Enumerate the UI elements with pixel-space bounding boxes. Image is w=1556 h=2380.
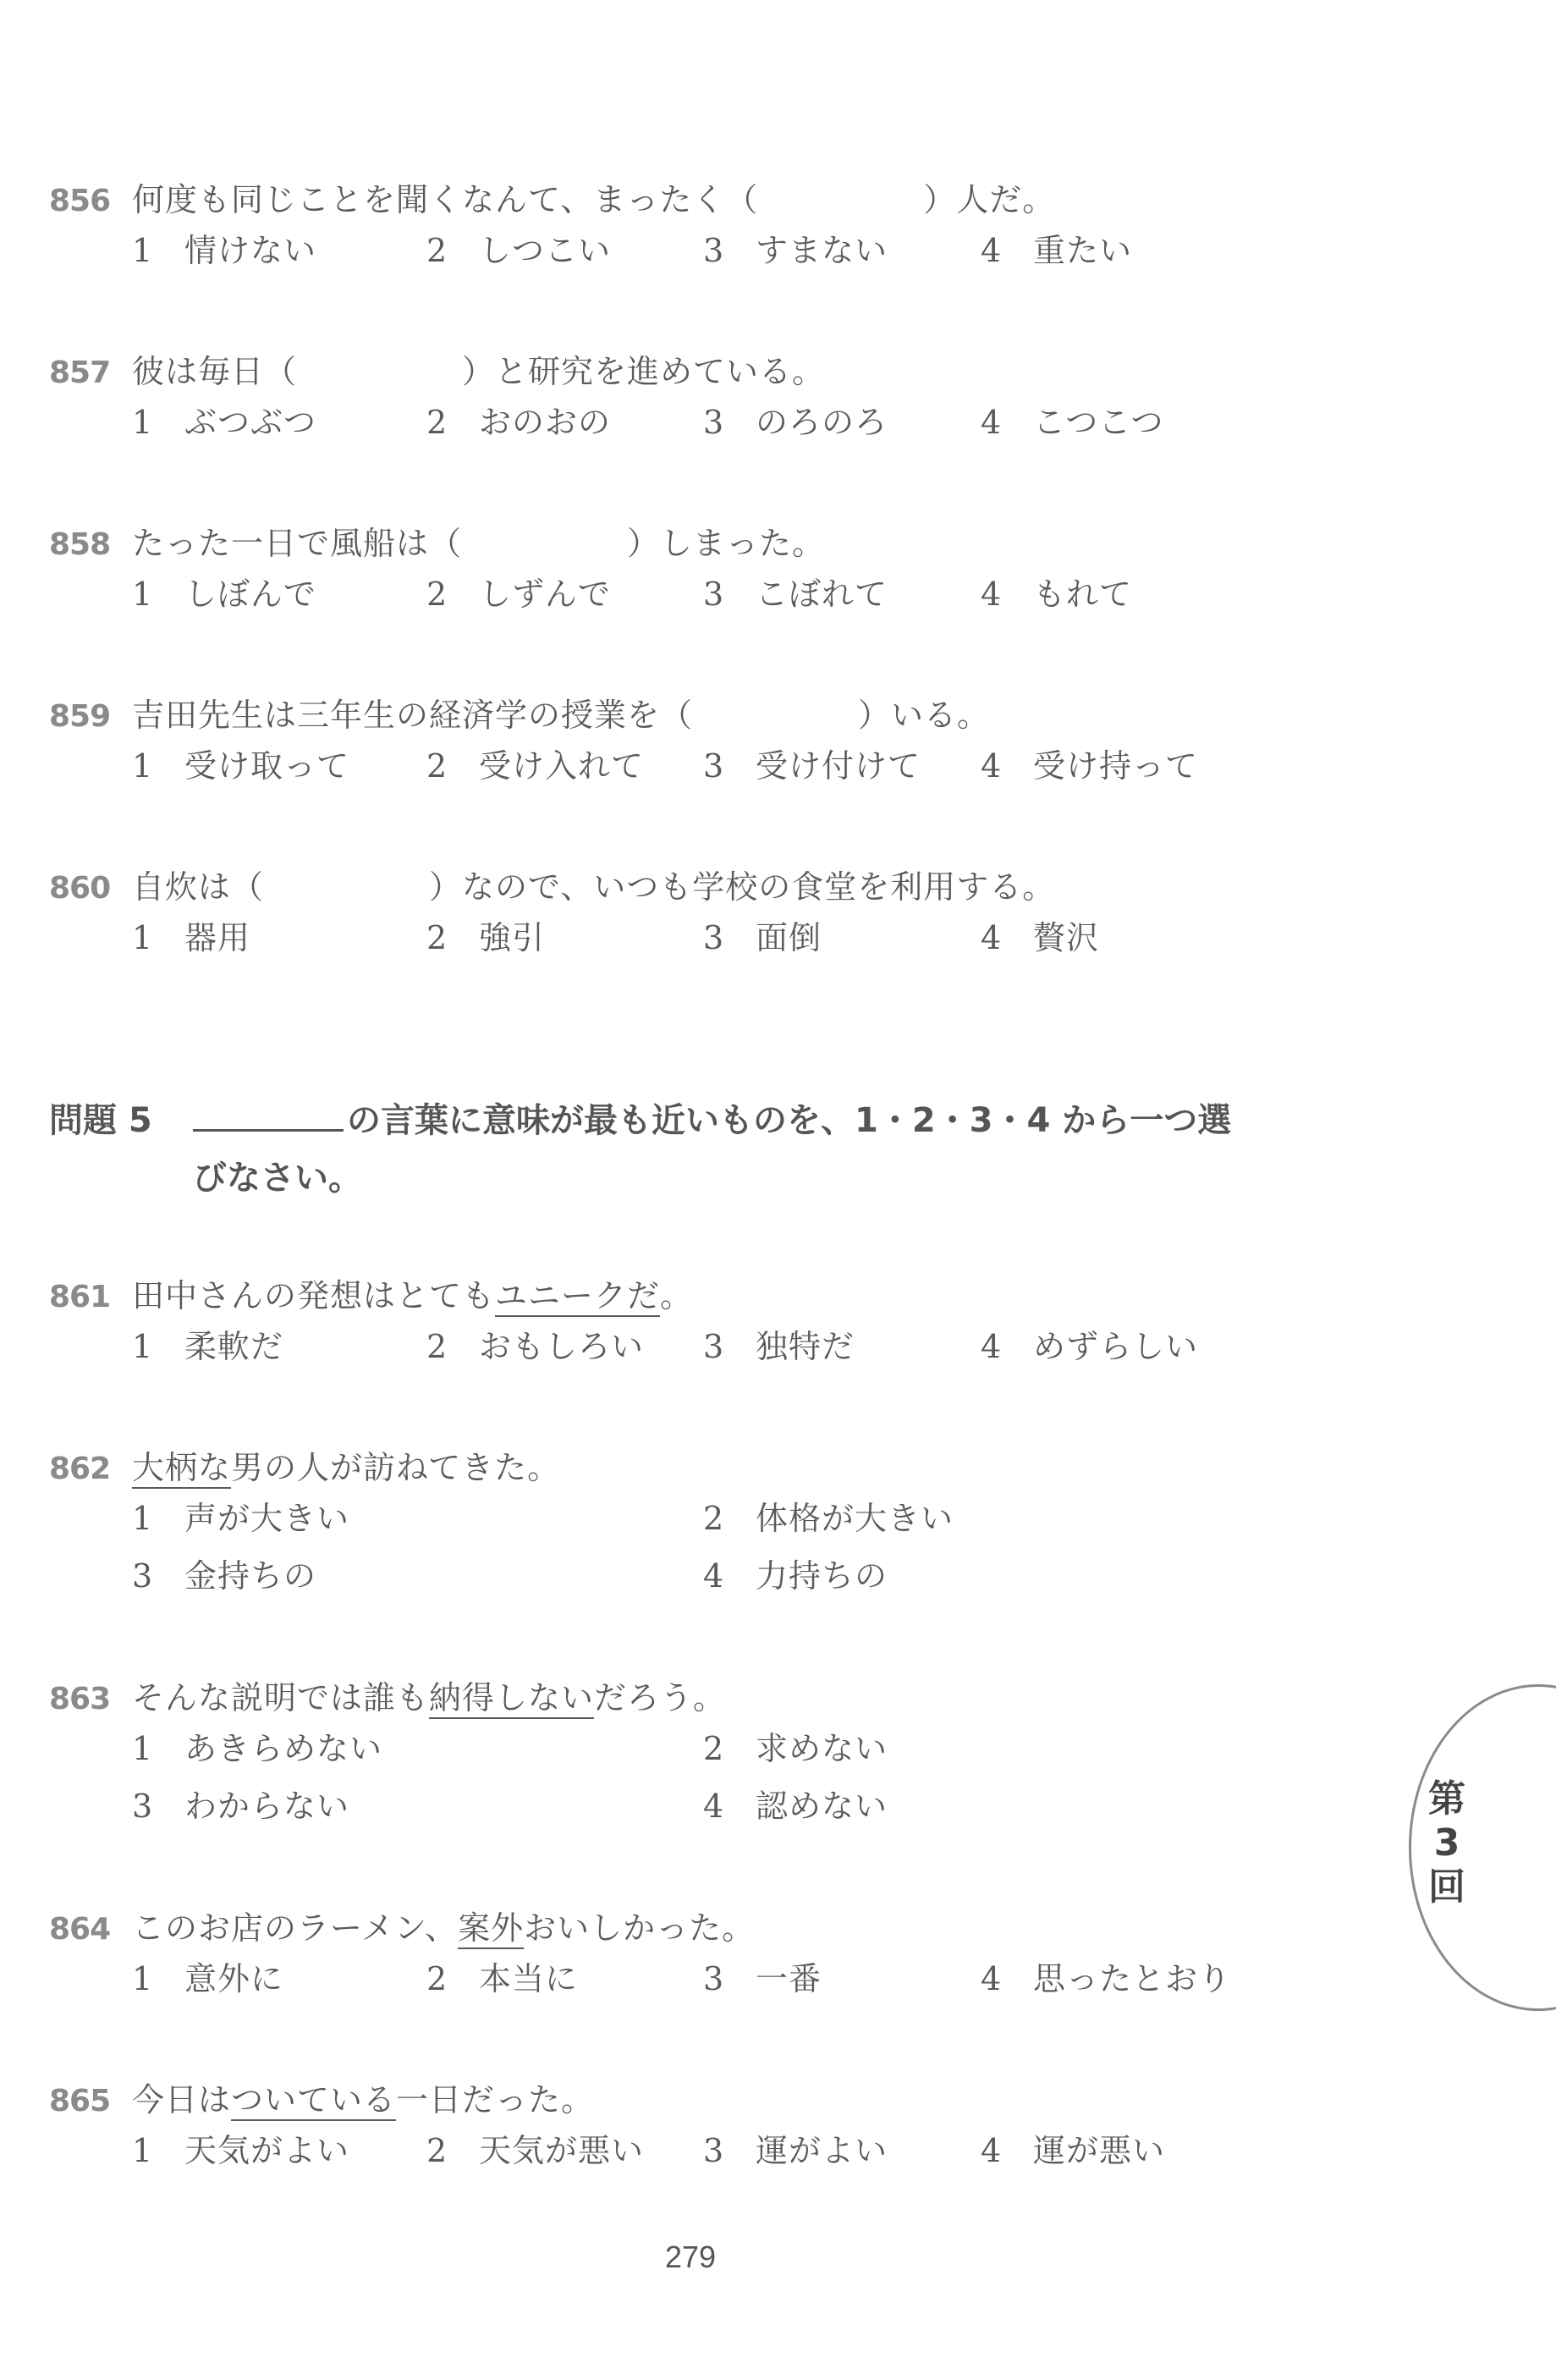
chapter-tab-label: 第 3 回 bbox=[1427, 1777, 1466, 1909]
option-4[interactable]: 4思ったとおり bbox=[898, 1953, 1231, 1999]
option-3[interactable]: 3金持ちの bbox=[49, 1550, 316, 1596]
options: 1器用 2強引 3面倒 4贅沢 bbox=[49, 912, 1318, 969]
question-number: 856 bbox=[49, 184, 132, 218]
question-text: 今日はついている一日だった。 bbox=[132, 2074, 594, 2120]
option-4[interactable]: 4受け持って bbox=[898, 740, 1198, 786]
underlined-word: ユニークだ bbox=[495, 1277, 660, 1314]
option-3[interactable]: 3わからない bbox=[49, 1780, 349, 1826]
option-2[interactable]: 2体格が大きい bbox=[620, 1492, 954, 1539]
option-2[interactable]: 2しずんで bbox=[344, 568, 611, 614]
option-2[interactable]: 2おもしろい bbox=[344, 1320, 644, 1367]
option-3[interactable]: 3独特だ bbox=[620, 1320, 855, 1367]
option-4[interactable]: 4力持ちの bbox=[620, 1550, 888, 1596]
option-1[interactable]: 1器用 bbox=[49, 912, 250, 958]
question-number: 861 bbox=[49, 1280, 132, 1314]
question-858: 858 たった一日で風船は（ ）しまった。 1しぼんで 2しずんで 3こぼれて … bbox=[49, 517, 1318, 625]
section-instruction: の言葉に意味が最も近いものを、1・2・3・4 から一つ選 bbox=[347, 1101, 1231, 1140]
option-2[interactable]: 2天気が悪い bbox=[344, 2124, 644, 2171]
options-row-2: 3わからない 4認めない bbox=[49, 1780, 1318, 1837]
option-4[interactable]: 4もれて bbox=[898, 568, 1132, 614]
question-865: 865 今日はついている一日だった。 1天気がよい 2天気が悪い 3運がよい 4… bbox=[49, 2074, 1318, 2182]
question-number: 865 bbox=[49, 2084, 132, 2118]
section-instruction-cont: びなさい。 bbox=[49, 1149, 1369, 1207]
question-text: 自炊は（ ）なので、いつも学校の食堂を利用する。 bbox=[132, 861, 1055, 907]
option-3[interactable]: 3すまない bbox=[620, 224, 888, 271]
question-number: 860 bbox=[49, 871, 132, 906]
question-text: 吉田先生は三年生の経済学の授業を（ ）いる。 bbox=[132, 689, 990, 735]
option-1[interactable]: 1しぼんで bbox=[49, 568, 316, 614]
question-number: 862 bbox=[49, 1452, 132, 1486]
question-860: 860 自炊は（ ）なので、いつも学校の食堂を利用する。 1器用 2強引 3面倒… bbox=[49, 861, 1318, 969]
question-859: 859 吉田先生は三年生の経済学の授業を（ ）いる。 1受け取って 2受け入れて… bbox=[49, 689, 1318, 797]
underlined-word: 案外 bbox=[458, 1909, 524, 1947]
option-3[interactable]: 3運がよい bbox=[620, 2124, 888, 2171]
question-number: 857 bbox=[49, 355, 132, 390]
option-3[interactable]: 3一番 bbox=[620, 1953, 822, 1999]
options: 1天気がよい 2天気が悪い 3運がよい 4運が悪い bbox=[49, 2124, 1318, 2182]
page-number: 279 bbox=[665, 2240, 716, 2275]
options: 1受け取って 2受け入れて 3受け付けて 4受け持って bbox=[49, 740, 1318, 797]
option-4[interactable]: 4贅沢 bbox=[898, 912, 1099, 958]
question-861: 861 田中さんの発想はとてもユニークだ。 1柔軟だ 2おもしろい 3独特だ 4… bbox=[49, 1270, 1318, 1378]
question-text: 大柄な男の人が訪ねてきた。 bbox=[132, 1441, 560, 1488]
question-number: 858 bbox=[49, 527, 132, 562]
option-1[interactable]: 1あきらめない bbox=[49, 1722, 382, 1769]
options: 1しぼんで 2しずんで 3こぼれて 4もれて bbox=[49, 568, 1318, 625]
option-2[interactable]: 2おのおの bbox=[344, 396, 611, 443]
option-4[interactable]: 4運が悪い bbox=[898, 2124, 1165, 2171]
textbook-page: 856 何度も同じことを聞くなんて、まったく（ ）人だ。 1情けない 2しつこい… bbox=[0, 0, 1556, 2380]
option-3[interactable]: 3受け付けて bbox=[620, 740, 921, 786]
question-text: このお店のラーメン、案外おいしかった。 bbox=[132, 1902, 755, 1948]
option-1[interactable]: 1声が大きい bbox=[49, 1492, 349, 1539]
option-2[interactable]: 2本当に bbox=[344, 1953, 578, 1999]
option-4[interactable]: 4重たい bbox=[898, 224, 1132, 271]
option-4[interactable]: 4認めない bbox=[620, 1780, 888, 1826]
option-1[interactable]: 1柔軟だ bbox=[49, 1320, 283, 1367]
option-2[interactable]: 2しつこい bbox=[344, 224, 611, 271]
options-row-1: 1声が大きい 2体格が大きい bbox=[49, 1492, 1318, 1550]
option-4[interactable]: 4こつこつ bbox=[898, 396, 1163, 443]
question-864: 864 このお店のラーメン、案外おいしかった。 1意外に 2本当に 3一番 4思… bbox=[49, 1902, 1318, 2010]
option-3[interactable]: 3こぼれて bbox=[620, 568, 888, 614]
options: 1情けない 2しつこい 3すまない 4重たい bbox=[49, 224, 1318, 282]
option-3[interactable]: 3のろのろ bbox=[620, 396, 888, 443]
question-856: 856 何度も同じことを聞くなんて、まったく（ ）人だ。 1情けない 2しつこい… bbox=[49, 174, 1318, 282]
question-text: 田中さんの発想はとてもユニークだ。 bbox=[132, 1270, 693, 1316]
question-text: 何度も同じことを聞くなんて、まったく（ ）人だ。 bbox=[132, 174, 1055, 220]
underlined-word: 大柄な bbox=[132, 1449, 231, 1486]
question-number: 859 bbox=[49, 699, 132, 734]
question-number: 863 bbox=[49, 1682, 132, 1716]
options-row-2: 3金持ちの 4力持ちの bbox=[49, 1550, 1318, 1607]
option-1[interactable]: 1天気がよい bbox=[49, 2124, 349, 2171]
question-number: 864 bbox=[49, 1912, 132, 1947]
option-1[interactable]: 1受け取って bbox=[49, 740, 349, 786]
options: 1意外に 2本当に 3一番 4思ったとおり bbox=[49, 1953, 1318, 2010]
option-1[interactable]: 1ぶつぶつ bbox=[49, 396, 316, 443]
options-row-1: 1あきらめない 2求めない bbox=[49, 1722, 1318, 1780]
options: 1柔軟だ 2おもしろい 3独特だ 4めずらしい bbox=[49, 1320, 1318, 1378]
question-text: たった一日で風船は（ ）しまった。 bbox=[132, 517, 825, 564]
option-2[interactable]: 2受け入れて bbox=[344, 740, 644, 786]
option-2[interactable]: 2求めない bbox=[620, 1722, 888, 1769]
question-862: 862 大柄な男の人が訪ねてきた。 1声が大きい 2体格が大きい 3金持ちの 4… bbox=[49, 1441, 1318, 1607]
question-text: 彼は毎日（ ）と研究を進めている。 bbox=[132, 345, 825, 392]
section-heading: 問題 5の言葉に意味が最も近いものを、1・2・3・4 から一つ選 びなさい。 bbox=[49, 1092, 1369, 1207]
question-863: 863 そんな説明では誰も納得しないだろう。 1あきらめない 2求めない 3わか… bbox=[49, 1672, 1318, 1837]
question-text: そんな説明では誰も納得しないだろう。 bbox=[132, 1672, 726, 1718]
section-label: 問題 5 bbox=[49, 1092, 193, 1149]
question-857: 857 彼は毎日（ ）と研究を進めている。 1ぶつぶつ 2おのおの 3のろのろ … bbox=[49, 345, 1318, 454]
options: 1ぶつぶつ 2おのおの 3のろのろ 4こつこつ bbox=[49, 396, 1318, 454]
underlined-word: 納得しない bbox=[429, 1679, 594, 1716]
option-1[interactable]: 1情けない bbox=[49, 224, 316, 271]
option-2[interactable]: 2強引 bbox=[344, 912, 545, 958]
option-3[interactable]: 3面倒 bbox=[620, 912, 822, 958]
option-1[interactable]: 1意外に bbox=[49, 1953, 283, 1999]
underline-blank bbox=[193, 1104, 344, 1132]
underlined-word: ついている bbox=[231, 2081, 396, 2118]
option-4[interactable]: 4めずらしい bbox=[898, 1320, 1198, 1367]
